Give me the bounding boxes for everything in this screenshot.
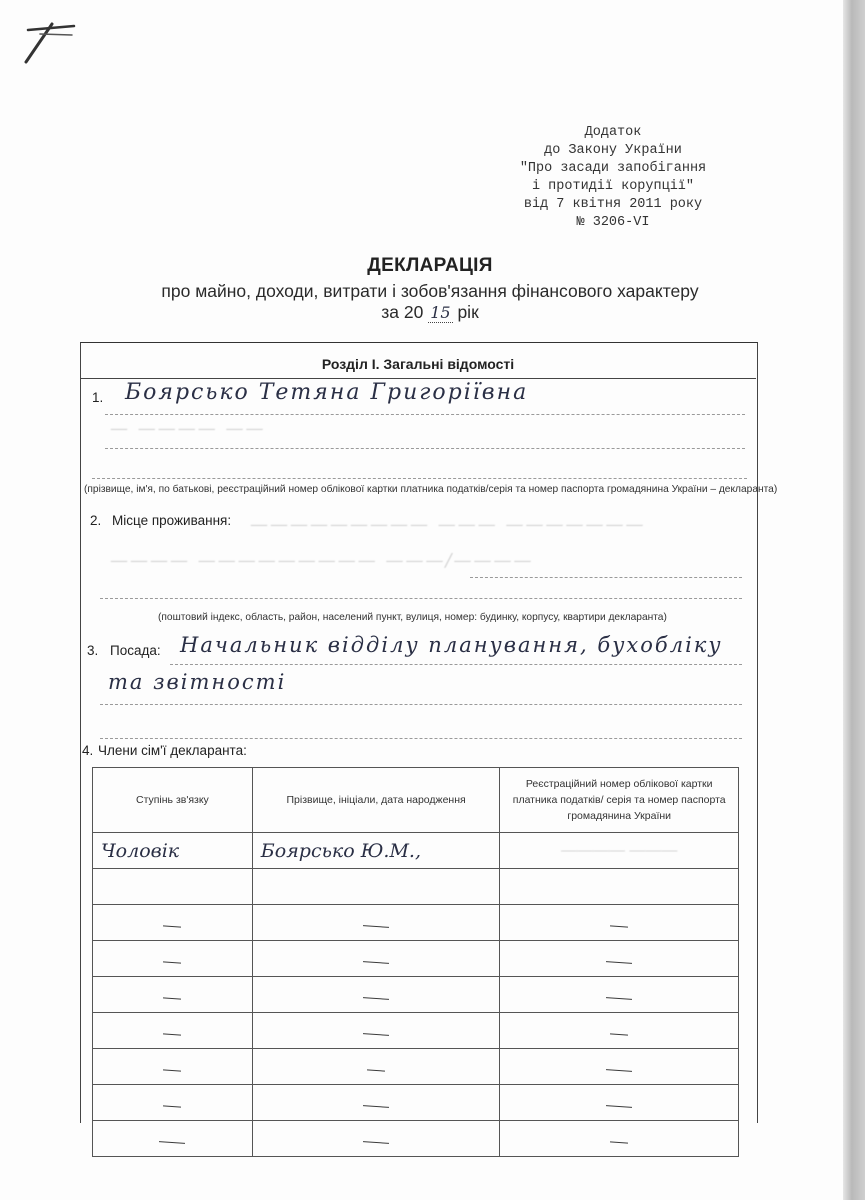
- dash-mark: [363, 1033, 389, 1036]
- family-members-label: Члени сім'ї декларанта:: [98, 743, 247, 758]
- redacted-address-line1: ————————— ——— ———————: [250, 514, 645, 535]
- relation-cell: [93, 905, 253, 941]
- dash-mark: [163, 1033, 181, 1035]
- id-cell: [500, 1049, 739, 1085]
- id-cell: [500, 905, 739, 941]
- relation-cell: [93, 1049, 253, 1085]
- table-row: [93, 1085, 739, 1121]
- id-cell: [500, 1013, 739, 1049]
- position-value-line2: та звітності: [108, 670, 286, 694]
- table-row: [93, 1049, 739, 1085]
- name-cell: [252, 1013, 500, 1049]
- relation-cell: [93, 977, 253, 1013]
- name-cell: [252, 1121, 500, 1157]
- dash-mark: [163, 1105, 181, 1107]
- form-line: [100, 704, 742, 705]
- name-cell: [252, 977, 500, 1013]
- position-label: Посада:: [110, 643, 161, 658]
- table-row: [93, 869, 739, 905]
- form-line: [105, 448, 745, 449]
- dash-mark: [163, 997, 181, 999]
- redacted-id-value: ———— ———: [561, 842, 677, 859]
- item-number: 3.: [87, 643, 98, 658]
- section-title: Розділ І. Загальні відомості: [80, 350, 756, 379]
- scan-edge-shadow: [843, 0, 865, 1200]
- residence-label: Місце проживання:: [112, 513, 231, 528]
- annex-line: і протидії корупції": [488, 178, 738, 196]
- table-row: [93, 905, 739, 941]
- form-line: [100, 598, 742, 599]
- page-title: ДЕКЛАРАЦІЯ: [100, 255, 760, 277]
- name-cell: [252, 905, 500, 941]
- relation-cell: [93, 1121, 253, 1157]
- column-header-name: Прізвище, ініціали, дата народження: [252, 768, 500, 833]
- id-cell: [500, 1085, 739, 1121]
- id-cell: [500, 941, 739, 977]
- form-line: [92, 478, 747, 479]
- dash-mark: [159, 1141, 185, 1144]
- column-header-relation: Ступінь зв'язку: [93, 768, 253, 833]
- item-number: 4.: [82, 743, 93, 758]
- dash-mark: [610, 925, 628, 927]
- law-annex-reference: Додаток до Закону України "Про засади за…: [488, 124, 738, 232]
- form-line: [100, 738, 742, 739]
- name-cell: Боярсько Ю.М.,: [252, 833, 500, 869]
- annex-line: від 7 квітня 2011 року: [488, 196, 738, 214]
- relation-cell: [93, 941, 253, 977]
- table-header-row: Ступінь зв'язку Прізвище, ініціали, дата…: [93, 768, 739, 833]
- name-cell: [252, 1049, 500, 1085]
- dash-mark: [367, 1069, 385, 1071]
- item2-caption: (поштовий індекс, область, район, населе…: [158, 612, 667, 623]
- form-line: [105, 414, 745, 415]
- name-cell: [252, 869, 500, 905]
- year-handwritten: 15: [428, 303, 452, 323]
- relation-cell: [93, 1013, 253, 1049]
- annex-line: Додаток: [488, 124, 738, 142]
- item1-caption: (прізвище, ім'я, по батькові, реєстрацій…: [84, 484, 777, 495]
- form-line: [170, 664, 742, 665]
- name-value: Боярсько Ю.М.,: [261, 840, 421, 862]
- page-subtitle: про майно, доходи, витрати і зобов'язанн…: [100, 281, 760, 302]
- declaration-header: ДЕКЛАРАЦІЯ про майно, доходи, витрати і …: [100, 255, 760, 323]
- dash-mark: [363, 997, 389, 1000]
- annex-line: № 3206-VI: [488, 214, 738, 232]
- id-cell: [500, 977, 739, 1013]
- dash-mark: [363, 1141, 389, 1144]
- declarant-name-field: Боярсько Тетяна Григоріївна: [125, 380, 528, 405]
- dash-mark: [606, 997, 632, 1000]
- dash-mark: [163, 925, 181, 927]
- table-row: [93, 1121, 739, 1157]
- dash-mark: [606, 961, 632, 964]
- name-cell: [252, 941, 500, 977]
- table-row: [93, 1013, 739, 1049]
- annex-line: до Закону України: [488, 142, 738, 160]
- family-members-table: Ступінь зв'язку Прізвище, ініціали, дата…: [92, 767, 739, 1157]
- name-cell: [252, 1085, 500, 1121]
- annex-line: "Про засади запобігання: [488, 160, 738, 178]
- handwritten-cross-mark-icon: [18, 18, 78, 68]
- column-header-id: Реєстраційний номер облікової картки пла…: [500, 768, 739, 833]
- dash-mark: [606, 1105, 632, 1108]
- position-value-line1: Начальник відділу планування, бухобліку: [180, 633, 723, 657]
- table-row: [93, 977, 739, 1013]
- relation-cell: [93, 1085, 253, 1121]
- dash-mark: [606, 1069, 632, 1072]
- id-cell: ———— ———: [500, 833, 739, 869]
- dash-mark: [163, 961, 181, 963]
- dash-mark: [610, 1141, 628, 1143]
- year-suffix: рік: [457, 302, 478, 322]
- id-cell: [500, 869, 739, 905]
- id-cell: [500, 1121, 739, 1157]
- form-line: [470, 577, 742, 578]
- relation-value: Чоловік: [101, 840, 179, 862]
- dash-mark: [610, 1033, 628, 1035]
- relation-cell: [93, 869, 253, 905]
- dash-mark: [363, 925, 389, 928]
- redacted-address-line2: ———— ————————— ———/————: [110, 550, 534, 571]
- dash-mark: [363, 961, 389, 964]
- table-row: Чоловік Боярсько Ю.М., ———— ———: [93, 833, 739, 869]
- item-number: 2.: [90, 513, 101, 528]
- item-number: 1.: [92, 390, 103, 405]
- relation-cell: Чоловік: [93, 833, 253, 869]
- declaration-year: за 20 15 рік: [100, 302, 760, 323]
- year-prefix: за 20: [381, 302, 423, 322]
- table-row: [93, 941, 739, 977]
- redacted-id: — ———— ——: [110, 418, 265, 439]
- dash-mark: [163, 1069, 181, 1071]
- dash-mark: [363, 1105, 389, 1108]
